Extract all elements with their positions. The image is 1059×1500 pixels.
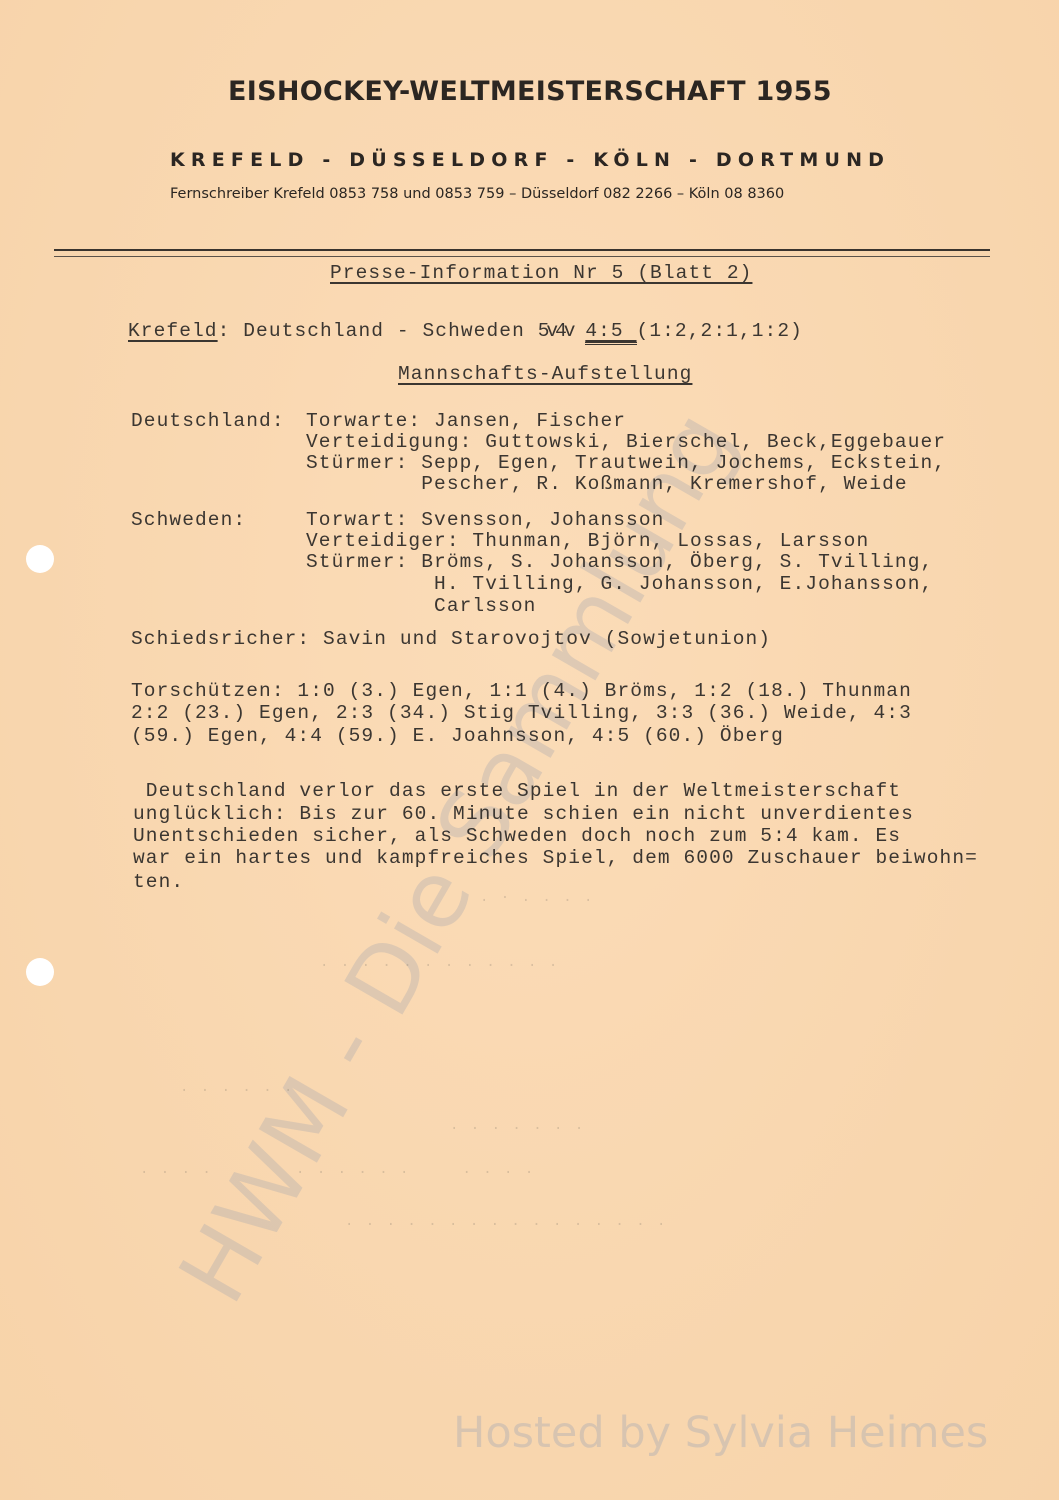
scorers-line: (59.) Egen, 4:4 (59.) E. Joahnsson, 4:5 … — [131, 725, 784, 747]
header-rule — [54, 249, 990, 257]
lineup-line: Stürmer: Sepp, Egen, Trautwein, Jochems,… — [306, 452, 946, 474]
punch-hole-bottom — [26, 958, 54, 986]
struck-typo: 5v4v — [538, 320, 573, 342]
hosted-by-watermark: Hosted by Sylvia Heimes — [453, 1408, 988, 1458]
lineup-line: H. Tvilling, G. Johansson, E.Johansson, — [306, 573, 933, 595]
report-line: unglücklich: Bis zur 60. Minute schien e… — [133, 803, 914, 825]
venue-label: Krefeld — [128, 320, 218, 342]
lineup-heading: Mannschafts-Aufstellung — [398, 363, 692, 385]
referees-line: Schiedsricher: Savin und Starovojtov (So… — [131, 628, 771, 650]
lineup-line: Verteidiger: Thunman, Björn, Lossas, Lar… — [306, 530, 869, 552]
scorers-line: Torschützen: 1:0 (3.) Egen, 1:1 (4.) Brö… — [131, 680, 912, 702]
lineup-line: Carlsson — [306, 595, 536, 617]
letterhead-cities: KREFELD - DÜSSELDORF - KÖLN - DORTMUND — [170, 149, 890, 171]
lineup-line: Pescher, R. Koßmann, Kremershof, Weide — [306, 473, 908, 495]
scorers-line: 2:2 (23.) Egen, 2:3 (34.) Stig Tvilling,… — [131, 702, 912, 724]
bleed-through-text: . · . . . . — [480, 890, 594, 906]
team-label: Deutschland: — [131, 410, 285, 432]
period-scores: (1:2,2:1,1:2) — [637, 320, 803, 342]
lineup-line: Torwart: Svensson, Johansson — [306, 509, 664, 531]
lineup-line: Verteidigung: Guttowski, Bierschel, Beck… — [306, 431, 946, 453]
bleed-through-text: . . . . . . . — [450, 1118, 585, 1134]
bleed-through-text: . . . . . . . . . . . . — [320, 955, 559, 971]
lineup-line: Torwarte: Jansen, Fischer — [306, 410, 626, 432]
letterhead-telex-numbers: Fernschreiber Krefeld 0853 758 und 0853 … — [170, 186, 784, 202]
document-heading: Presse-Information Nr 5 (Blatt 2) — [330, 262, 752, 284]
match-line: Krefeld: Deutschland - Schweden 5v4v 4:5… — [128, 320, 803, 342]
report-line: ten. — [133, 871, 184, 893]
bleed-through-text: . . . . . . . . . . . . . . — [140, 1162, 535, 1178]
bleed-through-text: . . . . . . — [180, 1080, 294, 1096]
report-line: war ein hartes und kampfreiches Spiel, d… — [133, 847, 978, 869]
team-label: Schweden: — [131, 509, 246, 531]
punch-hole-top — [26, 545, 54, 573]
match-score: 4:5 — [585, 320, 636, 345]
match-teams: Deutschland - Schweden — [243, 320, 537, 342]
bleed-through-text: . . . . . . . . . . . . . . . . — [345, 1214, 667, 1230]
venue-colon: : — [218, 320, 244, 342]
lineup-line: Stürmer: Bröms, S. Johansson, Öberg, S. … — [306, 551, 933, 573]
letterhead-title: EISHOCKEY-WELTMEISTERSCHAFT 1955 — [228, 76, 832, 107]
report-line: Unentschieden sicher, als Schweden doch … — [133, 825, 901, 847]
report-line: Deutschland verlor das erste Spiel in de… — [133, 780, 901, 802]
